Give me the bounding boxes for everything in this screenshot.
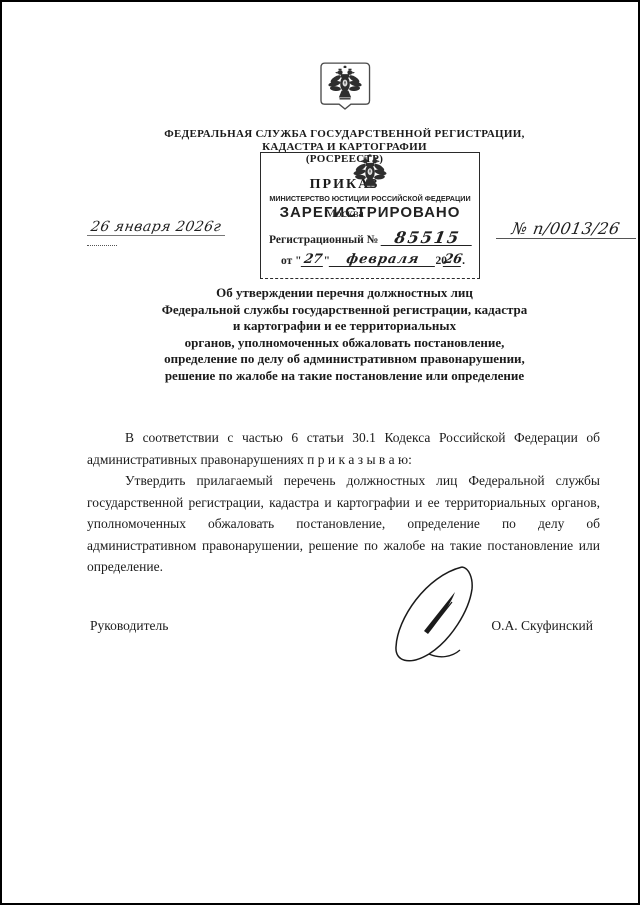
title-line: органов, уполномоченных обжаловать поста… <box>87 335 602 352</box>
stamp-registered-label: ЗАРЕГИСТРИРОВАНО <box>261 204 479 221</box>
stamp-date-prefix: от " <box>281 255 302 267</box>
stamp-date-month: февраля <box>329 253 437 267</box>
handwritten-issue-date: 26 января 2026г <box>87 205 225 236</box>
title-line: и картографии и ее территориальных <box>87 318 602 335</box>
stamp-ministry-label: МИНИСТЕРСТВО ЮСТИЦИИ РОССИЙСКОЙ ФЕДЕРАЦИ… <box>265 194 474 203</box>
title-line: решение по жалобе на такие постановление… <box>87 368 602 385</box>
handwritten-order-number: № п/0013/26 <box>496 198 636 239</box>
stamp-reg-number-value: 85515 <box>381 230 475 246</box>
body-paragraph-1: В соответствии с частью 6 статьи 30.1 Ко… <box>87 427 600 470</box>
doc-title: Об утверждении перечня должностных лиц Ф… <box>87 285 602 384</box>
handwritten-signature-scribble <box>382 558 502 670</box>
stamp-date-year-hand: 26 <box>443 253 464 267</box>
handwritten-date-text: 26 января 2026г <box>90 219 223 235</box>
order-number-text: № п/0013/26 <box>510 219 621 238</box>
stamp-reg-number-row: Регистрационный № 85515 <box>269 230 473 246</box>
title-line: Федеральной службы государственной регис… <box>87 302 602 319</box>
registration-stamp: МИНИСТЕРСТВО ЮСТИЦИИ РОССИЙСКОЙ ФЕДЕРАЦИ… <box>260 152 480 279</box>
signatory-name: О.А. Скуфинский <box>491 618 593 634</box>
doc-body: В соответствии с частью 6 статьи 30.1 Ко… <box>87 427 600 578</box>
signatory-position: Руководитель <box>90 618 168 634</box>
date-dotted-line <box>87 242 117 246</box>
body-paragraph-2: Утвердить прилагаемый перечень должностн… <box>87 470 600 578</box>
title-line: определение по делу об административном … <box>87 351 602 368</box>
coat-of-arms-icon <box>318 61 372 125</box>
stamp-date-day: 27 <box>300 253 325 267</box>
stamp-date-row: от " 27 " февраля 20 26 . <box>281 253 465 267</box>
title-line: Об утверждении перечня должностных лиц <box>87 285 602 302</box>
agency-line-1: ФЕДЕРАЛЬНАЯ СЛУЖБА ГОСУДАРСТВЕННОЙ РЕГИС… <box>87 128 602 141</box>
stamp-reg-label: Регистрационный № <box>269 234 378 246</box>
ministry-justice-eagle-icon <box>346 154 394 192</box>
document-page: ФЕДЕРАЛЬНАЯ СЛУЖБА ГОСУДАРСТВЕННОЙ РЕГИС… <box>0 0 640 905</box>
